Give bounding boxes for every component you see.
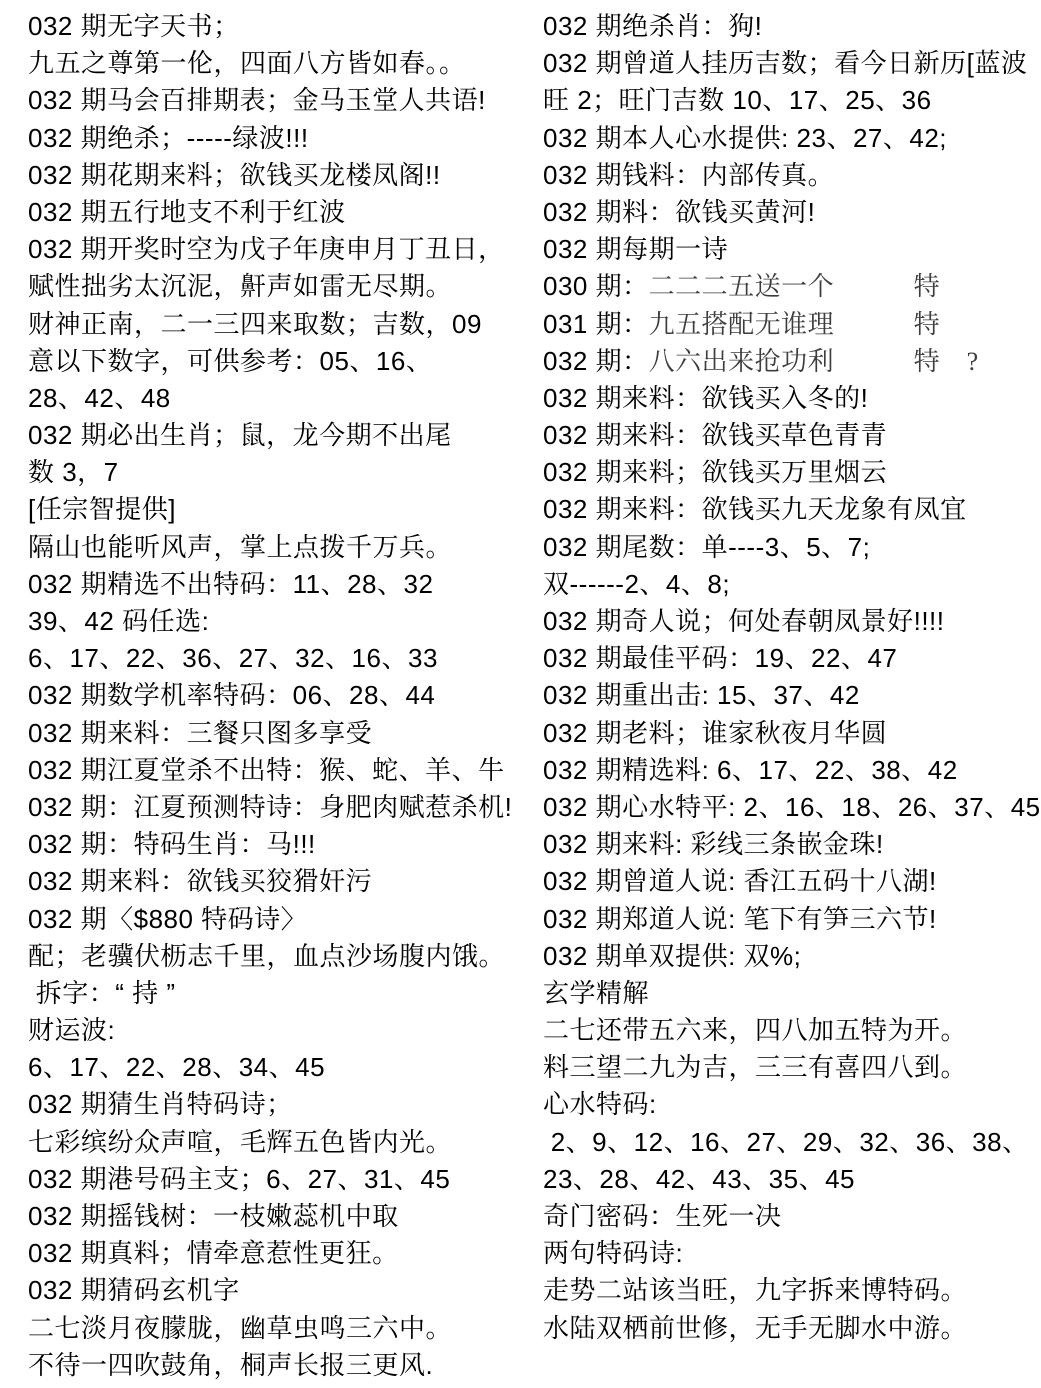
text-line: 032 期数学机率特码：06、28、44: [28, 677, 514, 714]
text-line: 032 期曾道人说: 香江五码十八湖!: [543, 863, 1033, 900]
text-line: 水陆双栖前世修，无手无脚水中游。: [543, 1310, 1033, 1347]
text-segment: 九五搭配无谁理 特: [649, 310, 941, 339]
text-line: 032 期马会百排期表；金马玉堂人共语!: [28, 82, 514, 119]
text-line: 032 期绝杀肖：狗!: [543, 8, 1033, 45]
text-line: 032 期猜码玄机字: [28, 1272, 514, 1309]
text-line: 032 期绝杀；-----绿波!!!: [28, 120, 514, 157]
text-line: 032 期来料：三餐只图多享受: [28, 715, 514, 752]
text-line: 七彩缤纷众声喧，毛辉五色皆内光。: [28, 1124, 514, 1161]
text-line: [任宗智提供]: [28, 491, 514, 528]
text-line: 032 期江夏堂杀不出特：猴、蛇、羊、牛: [28, 752, 514, 789]
text-line: 032 期〈$880 特码诗〉: [28, 901, 514, 938]
text-line: 032 期猜生肖特码诗；: [28, 1086, 514, 1123]
text-line: 意以下数字，可供参考：05、16、: [28, 343, 514, 380]
text-segment: 030 期：: [543, 271, 649, 301]
text-line: 032 期郑道人说: 笔下有笋三六节!: [543, 901, 1033, 938]
text-line: 032 期来料：欲钱买狡猾奸污: [28, 863, 514, 900]
text-line: 032 期来料：欲钱买入冬的!: [543, 380, 1033, 417]
text-line: 23、28、42、43、35、45: [543, 1161, 1033, 1198]
text-segment: 031 期：: [543, 309, 649, 339]
text-line: 数 3，7: [28, 454, 514, 491]
text-line: 032 期真料；情牵意惹性更狂。: [28, 1235, 514, 1272]
text-line: 2、9、12、16、27、29、32、36、38、: [543, 1124, 1033, 1161]
text-line: 032 期摇钱树：一枝嫩蕊机中取: [28, 1198, 514, 1235]
text-line: 032 期心水特平: 2、16、18、26、37、45。: [543, 789, 1033, 826]
text-line: 二七还带五六来，四八加五特为开。: [543, 1012, 1033, 1049]
text-line: 财运波:: [28, 1012, 514, 1049]
text-line: 032 期料：欲钱买黄河!: [543, 194, 1033, 231]
text-line: 旺 2；旺门吉数 10、17、25、36: [543, 82, 1033, 119]
text-line: 6、17、22、36、27、32、16、33: [28, 640, 514, 677]
text-line: 032 期来料；欲钱买万里烟云: [543, 454, 1033, 491]
text-line: 032 期来料: 彩线三条嵌金珠!: [543, 826, 1033, 863]
text-line: 料三望二九为吉，三三有喜四八到。: [543, 1049, 1033, 1086]
text-line: 两句特码诗:: [543, 1235, 1033, 1272]
text-line: 配；老骥伏枥志千里，血点沙场腹内饿。: [28, 938, 514, 975]
text-line: 双------2、4、8;: [543, 566, 1033, 603]
text-line: 隔山也能听风声，掌上点拨千万兵。: [28, 529, 514, 566]
text-line: 032 期尾数：单----3、5、7;: [543, 529, 1033, 566]
text-line: 心水特码:: [543, 1086, 1033, 1123]
text-line: 030 期：二二二五送一个 特: [543, 268, 1033, 305]
text-line: 39、42 码任选:: [28, 603, 514, 640]
text-line: 28、42、48: [28, 380, 514, 417]
text-line: 032 期：特码生肖：马!!!: [28, 826, 514, 863]
text-line: 032 期每期一诗: [543, 231, 1033, 268]
text-line: 032 期来料：欲钱买草色青青: [543, 417, 1033, 454]
text-line: 032 期精选不出特码：11、28、32: [28, 566, 514, 603]
text-line: 032 期五行地支不利于红波: [28, 194, 514, 231]
text-line: 奇门密码：生死一决: [543, 1198, 1033, 1235]
text-line: 财神正南，二一三四来取数；吉数，09: [28, 306, 514, 343]
text-line: 032 期必出生肖；鼠，龙今期不出尾: [28, 417, 514, 454]
text-line: 032 期精选料: 6、17、22、38、42: [543, 752, 1033, 789]
document-page: 032 期无字天书；九五之尊第一伦，四面八方皆如春。。032 期马会百排期表；金…: [0, 0, 1041, 1388]
text-line: 不待一四吹鼓角，桐声长报三更风.: [28, 1347, 514, 1384]
text-line: 032 期奇人说；何处春朝凤景好!!!!: [543, 603, 1033, 640]
text-segment: 二二二五送一个 特: [649, 272, 941, 301]
text-line: 031 期：九五搭配无谁理 特: [543, 306, 1033, 343]
text-line: 032 期本人心水提供: 23、27、42;: [543, 120, 1033, 157]
text-line: 032 期曾道人挂历吉数；看今日新历[蓝波: [543, 45, 1033, 82]
text-line: 032 期最佳平码：19、22、47: [543, 640, 1033, 677]
text-line: 玄学精解: [543, 975, 1033, 1012]
text-line: 032 期港号码主支；6、27、31、45: [28, 1161, 514, 1198]
text-line: 走势二站该当旺，九字拆来博特码。: [543, 1272, 1033, 1309]
right-column: 032 期绝杀肖：狗!032 期曾道人挂历吉数；看今日新历[蓝波旺 2；旺门吉数…: [543, 8, 1033, 1347]
text-line: 赋性拙劣太沉泥，鼾声如雷无尽期。: [28, 268, 514, 305]
text-segment: 八六出来抢功利 特 ?: [649, 347, 979, 376]
text-line: 032 期：八六出来抢功利 特 ?: [543, 343, 1033, 380]
text-line: 032 期花期来料；欲钱买龙楼凤阁!!: [28, 157, 514, 194]
text-line: 032 期重出击: 15、37、42: [543, 677, 1033, 714]
text-line: 拆字：“ 持 ”: [28, 975, 514, 1012]
text-line: 032 期老料；谁家秋夜月华圆: [543, 715, 1033, 752]
text-line: 032 期单双提供: 双%;: [543, 938, 1033, 975]
text-segment: 032 期：: [543, 346, 649, 376]
text-line: 032 期来料：欲钱买九天龙象有凤宜: [543, 491, 1033, 528]
text-line: 九五之尊第一伦，四面八方皆如春。。: [28, 45, 514, 82]
text-line: 二七淡月夜朦胧，幽草虫鸣三六中。: [28, 1310, 514, 1347]
text-line: 032 期开奖时空为戊子年庚申月丁丑日，: [28, 231, 514, 268]
text-line: 032 期：江夏预测特诗：身肥肉赋惹杀机!: [28, 789, 514, 826]
text-line: 032 期无字天书；: [28, 8, 514, 45]
text-line: 6、17、22、28、34、45: [28, 1049, 514, 1086]
left-column: 032 期无字天书；九五之尊第一伦，四面八方皆如春。。032 期马会百排期表；金…: [28, 8, 514, 1384]
text-line: 032 期钱料：内部传真。: [543, 157, 1033, 194]
